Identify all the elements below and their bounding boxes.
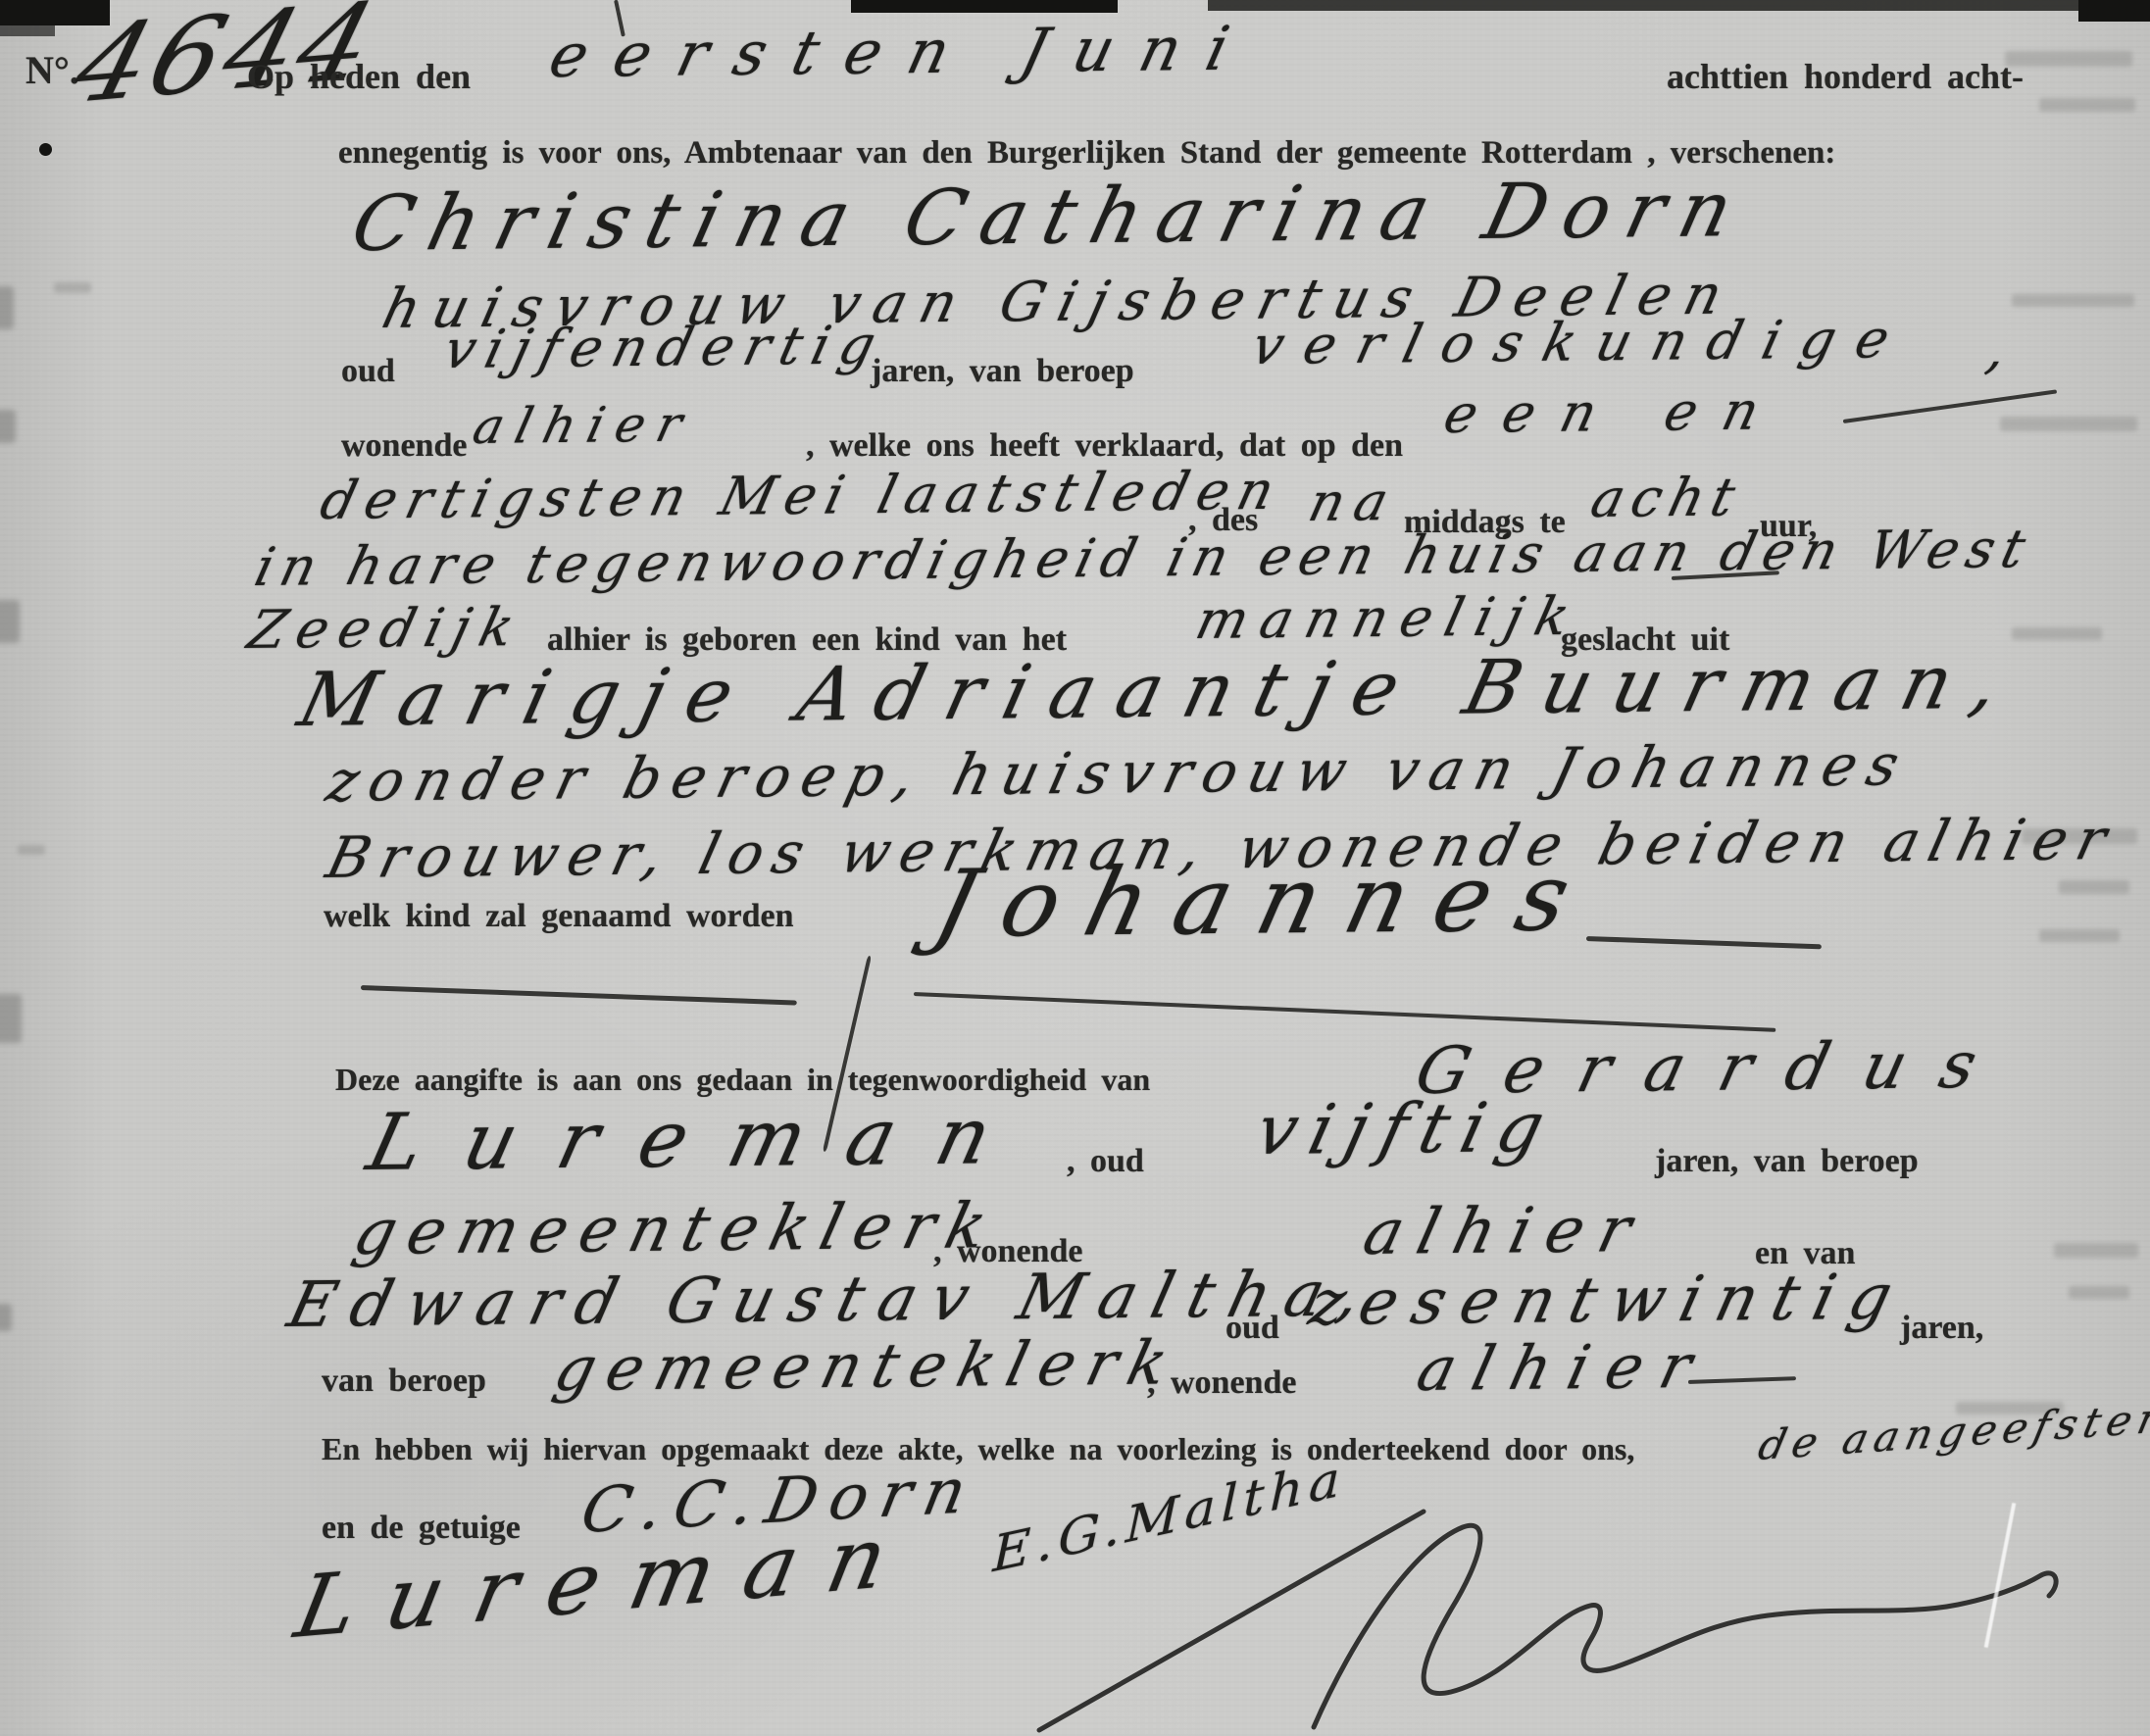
handwritten-date: eersten Juni [544, 19, 1262, 86]
printed-w1-age-pre: , oud [1067, 1145, 1144, 1178]
printed-w1-age-post: jaren, van beroep [1655, 1145, 1919, 1178]
printed-declaration-mid: , welke ons heeft verklaard, dat op den [806, 429, 1403, 463]
printed-w2-age-pre: oud [1225, 1312, 1279, 1345]
printed-w2-age-post: jaren, [1900, 1312, 1983, 1345]
handwritten-comma: , [1982, 323, 2012, 376]
bleed-through-artifact [2012, 294, 2134, 307]
declarant-name: Christina Catharina Dorn [345, 172, 1756, 263]
witness2-name: Edward Gustav Maltha, [282, 1263, 1382, 1337]
registrar-signature [1000, 1490, 2098, 1736]
witness2-age: zesentwintig [1304, 1266, 1914, 1335]
witness2-occupation: gemeenteklerk [549, 1332, 1185, 1400]
printed-w2-occupation-pre: van beroep [322, 1364, 486, 1398]
time-hour: acht [1586, 471, 1748, 525]
time-ampm: na [1304, 475, 1404, 529]
bleed-through-artifact [18, 845, 45, 855]
bleed-through-artifact [2059, 880, 2129, 894]
witness1-residence: alhier [1358, 1199, 1653, 1265]
witness1-last-name: Lureman [361, 1097, 1041, 1182]
witness1-age: vijftig [1250, 1093, 1564, 1165]
birth-location-line2: Zeedijk [243, 601, 529, 657]
bleed-through-artifact [54, 282, 91, 293]
declarant-age: vijfendertig [439, 319, 891, 376]
closing-statement-hand: de aangeefster [1755, 1398, 2150, 1466]
bleed-through-artifact [2000, 417, 2137, 431]
declarant-residence: alhier [469, 400, 699, 451]
child-name: Johannes [926, 852, 1606, 952]
bleed-through-artifact [2005, 51, 2132, 67]
scan-edge-artifact [851, 0, 1118, 13]
ink-dot [39, 143, 52, 156]
birth-day-part1: een en [1439, 384, 1790, 441]
birth-location-line1: in hare tegenwoordigheid in een huis aan… [250, 522, 2038, 594]
printed-line2: ennegentig is voor ons, Ambtenaar van de… [338, 137, 1835, 170]
edge-smudge [0, 994, 22, 1043]
edge-smudge [0, 1304, 12, 1331]
mother-name: Marigje Adriaantje Buurman, [292, 645, 2028, 737]
child-gender: mannelijk [1191, 590, 1587, 647]
scan-edge-artifact [0, 24, 55, 36]
scan-edge-artifact [2078, 0, 2150, 22]
edge-smudge [0, 286, 14, 329]
witness2-residence: alhier [1412, 1336, 1716, 1400]
birth-certificate-scan: N°. 4644 Op heden den eersten Juni achtt… [0, 0, 2150, 1736]
printed-line1-pre: Op heden den [247, 59, 471, 94]
printed-age-label: oud [341, 355, 395, 388]
strike-line [361, 985, 797, 1006]
printed-age-suffix: jaren, van beroep [871, 355, 1134, 388]
declarant-occupation: verloskundige [1247, 313, 1916, 372]
bleed-through-artifact [2069, 1286, 2129, 1299]
birth-day-part2: dertigsten Mei laatstleden [316, 465, 1288, 527]
scan-edge-artifact [1208, 0, 2150, 11]
printed-w2-residence-pre: , wonende [1147, 1366, 1296, 1400]
bleed-through-artifact [2054, 1243, 2138, 1258]
printed-witness-label: en de getuige [322, 1512, 521, 1545]
printed-residence-label: wonende [341, 429, 467, 463]
printed-child-name-label: welk kind zal genaamd worden [324, 900, 794, 933]
bleed-through-artifact [2039, 929, 2120, 942]
act-number-label: N°. [25, 51, 79, 90]
mother-details-line1: zonder beroep, huisvrouw van Johannes [322, 736, 1916, 810]
strike-line [914, 992, 1775, 1032]
edge-smudge [0, 410, 16, 443]
pen-flourish [1586, 936, 1822, 949]
witness1-occupation: gemeenteklerk [348, 1195, 1005, 1265]
bleed-through-artifact [2039, 98, 2135, 112]
printed-line1-post: achttien honderd acht- [1667, 59, 2024, 94]
edge-smudge [0, 600, 20, 643]
